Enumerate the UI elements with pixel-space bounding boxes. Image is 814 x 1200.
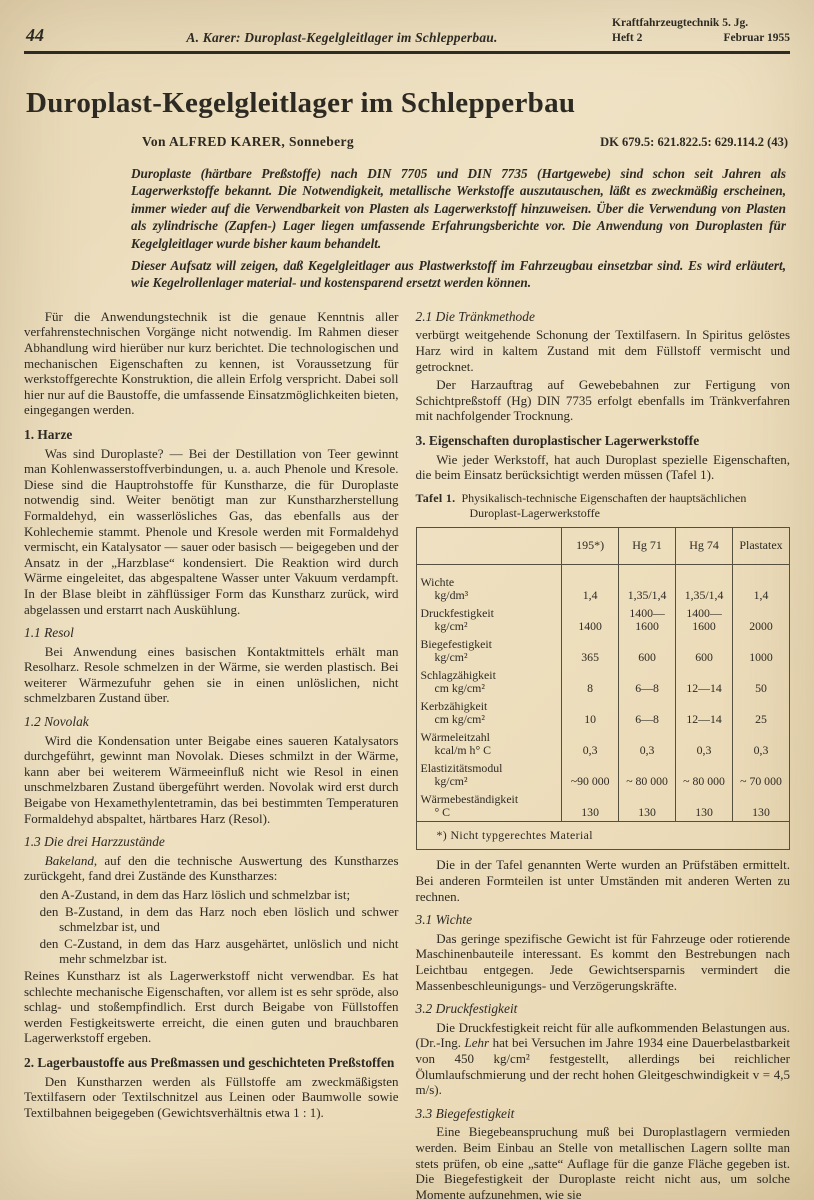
table-row: Schlagzähigkeitcm kg/cm² 8 6—8 12—14 50	[416, 666, 790, 697]
byline: Von ALFRED KARER, Sonneberg	[142, 134, 354, 150]
heading-1-2-novolak: 1.2 Novolak	[24, 714, 399, 730]
heading-1-harze: 1. Harze	[24, 427, 399, 443]
table-cell: 25	[733, 697, 790, 728]
paragraph-biegefestigkeit: Eine Biegebeanspruchung muß bei Duroplas…	[416, 1124, 791, 1200]
table-cell: 1400—1600	[676, 604, 733, 635]
journal-issue: Heft 2	[612, 31, 642, 46]
heading-2-1-traenkmethode: 2.1 Die Tränkmethode	[416, 309, 791, 325]
abstract-paragraph: Dieser Aufsatz will zeigen, daß Kegelgle…	[131, 257, 786, 292]
table-cell: 1,4	[733, 564, 790, 604]
table-cell: 1,35/1,4	[619, 564, 676, 604]
heading-2-lagerbaustoffe: 2. Lagerbaustoffe aus Preßmassen und ges…	[24, 1055, 399, 1071]
table-cell: 0,3	[733, 728, 790, 759]
table-row: Biegefestigkeitkg/cm² 365 600 600 1000	[416, 635, 790, 666]
row-label: Biegefestigkeitkg/cm²	[416, 635, 562, 666]
table-header-cell: Hg 74	[676, 527, 733, 564]
running-head: A. Karer: Duroplast-Kegelgleitlager im S…	[186, 30, 497, 46]
paragraph-eigenschaften: Wie jeder Werkstoff, hat auch Duroplast …	[416, 452, 791, 483]
table-row: Wärmebeständigkeit° C 130 130 130 130	[416, 790, 790, 822]
table-header-cell: Plastatex	[733, 527, 790, 564]
table-header-cell: Hg 71	[619, 527, 676, 564]
row-label: Wärmebeständigkeit° C	[416, 790, 562, 822]
masthead: 44 A. Karer: Duroplast-Kegelgleitlager i…	[24, 16, 790, 46]
paragraph-druckfestigkeit: Die Druckfestigkeit reicht für alle aufk…	[416, 1020, 791, 1098]
paragraph-traenkmethode-a: verbürgt weitgehende Schonung der Textil…	[416, 327, 791, 374]
table-cell: 6—8	[619, 697, 676, 728]
table-cell: 130	[562, 790, 619, 822]
table-cell: 12—14	[676, 666, 733, 697]
table-cell: ~ 80 000	[619, 759, 676, 790]
article-title: Duroplast-Kegelgleitlager im Schlepperba…	[26, 87, 790, 120]
heading-1-3-harzzustaende: 1.3 Die drei Harzzustände	[24, 834, 399, 850]
abstract: Duroplaste (härtbare Preßstoffe) nach DI…	[131, 165, 786, 292]
table-row: Wärmeleitzahlkcal/m h° C 0,3 0,3 0,3 0,3	[416, 728, 790, 759]
paragraph-harzzustaende: Bakeland, auf den die technische Auswert…	[24, 853, 399, 884]
list-item: den B-Zustand, in dem das Harz noch eben…	[24, 904, 399, 935]
table-cell: 0,3	[562, 728, 619, 759]
table-cell: 1400	[562, 604, 619, 635]
table-row: Druckfestigkeitkg/cm² 1400 1400—1600 140…	[416, 604, 790, 635]
table-cell: 600	[676, 635, 733, 666]
table-row: Wichtekg/dm³ 1,4 1,35/1,4 1,35/1,4 1,4	[416, 564, 790, 604]
paragraph-traenkmethode-b: Der Harzauftrag auf Gewebebahnen zur Fer…	[416, 377, 791, 424]
table-row: Elastizitätsmodulkg/cm² ~90 000 ~ 80 000…	[416, 759, 790, 790]
journal-date: Februar 1955	[723, 31, 790, 46]
row-label: Schlagzähigkeitcm kg/cm²	[416, 666, 562, 697]
table-cell: 8	[562, 666, 619, 697]
table-cell: ~ 70 000	[733, 759, 790, 790]
table-corner-cell	[416, 527, 562, 564]
author-name-bakeland: Bakeland	[45, 853, 94, 868]
table-cell: 0,3	[676, 728, 733, 759]
right-column: 2.1 Die Tränkmethode verbürgt weitgehend…	[416, 309, 791, 1200]
zustand-list: den A-Zustand, in dem das Harz löslich u…	[24, 887, 399, 967]
author-name-lehr: Lehr	[465, 1035, 490, 1050]
table-cell: 1000	[733, 635, 790, 666]
abstract-paragraph: Duroplaste (härtbare Preßstoffe) nach DI…	[131, 165, 786, 252]
table-cell: 1,4	[562, 564, 619, 604]
table-cell: 6—8	[619, 666, 676, 697]
journal-issue-line: Heft 2 Februar 1955	[612, 31, 790, 46]
row-label: Wichtekg/dm³	[416, 564, 562, 604]
table-cell: 12—14	[676, 697, 733, 728]
journal-info: Kraftfahrzeugtechnik 5. Jg. Heft 2 Febru…	[612, 16, 790, 46]
heading-1-1-resol: 1.1 Resol	[24, 625, 399, 641]
table-cell: 0,3	[619, 728, 676, 759]
table-header-row: 195*) Hg 71 Hg 74 Plastatex	[416, 527, 790, 564]
left-column: Für die Anwendungstechnik ist die genaue…	[24, 309, 399, 1200]
table-footnote: *) Nicht typgerechtes Material	[416, 821, 790, 850]
byline-row: Von ALFRED KARER, Sonneberg DK 679.5: 62…	[142, 134, 788, 150]
table-cell: 365	[562, 635, 619, 666]
row-label: Elastizitätsmodulkg/cm²	[416, 759, 562, 790]
article-columns: Für die Anwendungstechnik ist die genaue…	[24, 309, 790, 1200]
row-label: Druckfestigkeitkg/cm²	[416, 604, 562, 635]
paragraph-after-table: Die in der Tafel genannten Werte wurden …	[416, 857, 791, 904]
heading-3-3-biegefestigkeit: 3.3 Biegefestigkeit	[416, 1106, 791, 1122]
paragraph-resol: Bei Anwendung eines basischen Kontaktmit…	[24, 644, 399, 706]
masthead-rule	[24, 51, 790, 54]
table-footnote-row: *) Nicht typgerechtes Material	[416, 821, 790, 850]
table-cell: ~ 80 000	[676, 759, 733, 790]
table-caption: Tafel 1. Physikalisch-technische Eigensc…	[416, 491, 791, 522]
table-cell: 130	[619, 790, 676, 822]
paragraph-harze: Was sind Duroplaste? — Bei der Destillat…	[24, 446, 399, 618]
paragraph-intro: Für die Anwendungstechnik ist die genaue…	[24, 309, 399, 418]
table-cell: 1,35/1,4	[676, 564, 733, 604]
row-label: Kerbzähigkeitcm kg/cm²	[416, 697, 562, 728]
journal-title: Kraftfahrzeugtechnik 5. Jg.	[612, 17, 748, 29]
heading-3-1-wichte: 3.1 Wichte	[416, 912, 791, 928]
scanned-journal-page: 44 A. Karer: Duroplast-Kegelgleitlager i…	[0, 0, 814, 1200]
list-item: den A-Zustand, in dem das Harz löslich u…	[24, 887, 399, 903]
table-cell: ~90 000	[562, 759, 619, 790]
paragraph-reines-kunstharz: Reines Kunstharz ist als Lagerwerkstoff …	[24, 968, 399, 1046]
table-header-cell: 195*)	[562, 527, 619, 564]
heading-3-eigenschaften: 3. Eigenschaften duroplastischer Lagerwe…	[416, 433, 791, 449]
table-cell: 2000	[733, 604, 790, 635]
dk-classification: DK 679.5: 621.822.5: 629.114.2 (43)	[600, 135, 788, 150]
paragraph-novolak: Wird die Kondensation unter Beigabe eine…	[24, 733, 399, 827]
list-item: den C-Zustand, in dem das Harz ausgehärt…	[24, 936, 399, 967]
row-label: Wärmeleitzahlkcal/m h° C	[416, 728, 562, 759]
page-number: 44	[24, 25, 44, 46]
heading-3-2-druckfestigkeit: 3.2 Druckfestigkeit	[416, 1001, 791, 1017]
table-cell: 1400—1600	[619, 604, 676, 635]
table-cell: 600	[619, 635, 676, 666]
table-cell: 50	[733, 666, 790, 697]
table-cell: 130	[733, 790, 790, 822]
table-row: Kerbzähigkeitcm kg/cm² 10 6—8 12—14 25	[416, 697, 790, 728]
table-caption-label: Tafel 1.	[416, 491, 456, 505]
table-cell: 130	[676, 790, 733, 822]
paragraph-lagerbaustoffe: Den Kunstharzen werden als Füllstoffe am…	[24, 1074, 399, 1121]
table-cell: 10	[562, 697, 619, 728]
tafel-1-table: 195*) Hg 71 Hg 74 Plastatex Wichtekg/dm³…	[416, 527, 791, 851]
paragraph-wichte: Das geringe spezifische Gewicht ist für …	[416, 931, 791, 993]
